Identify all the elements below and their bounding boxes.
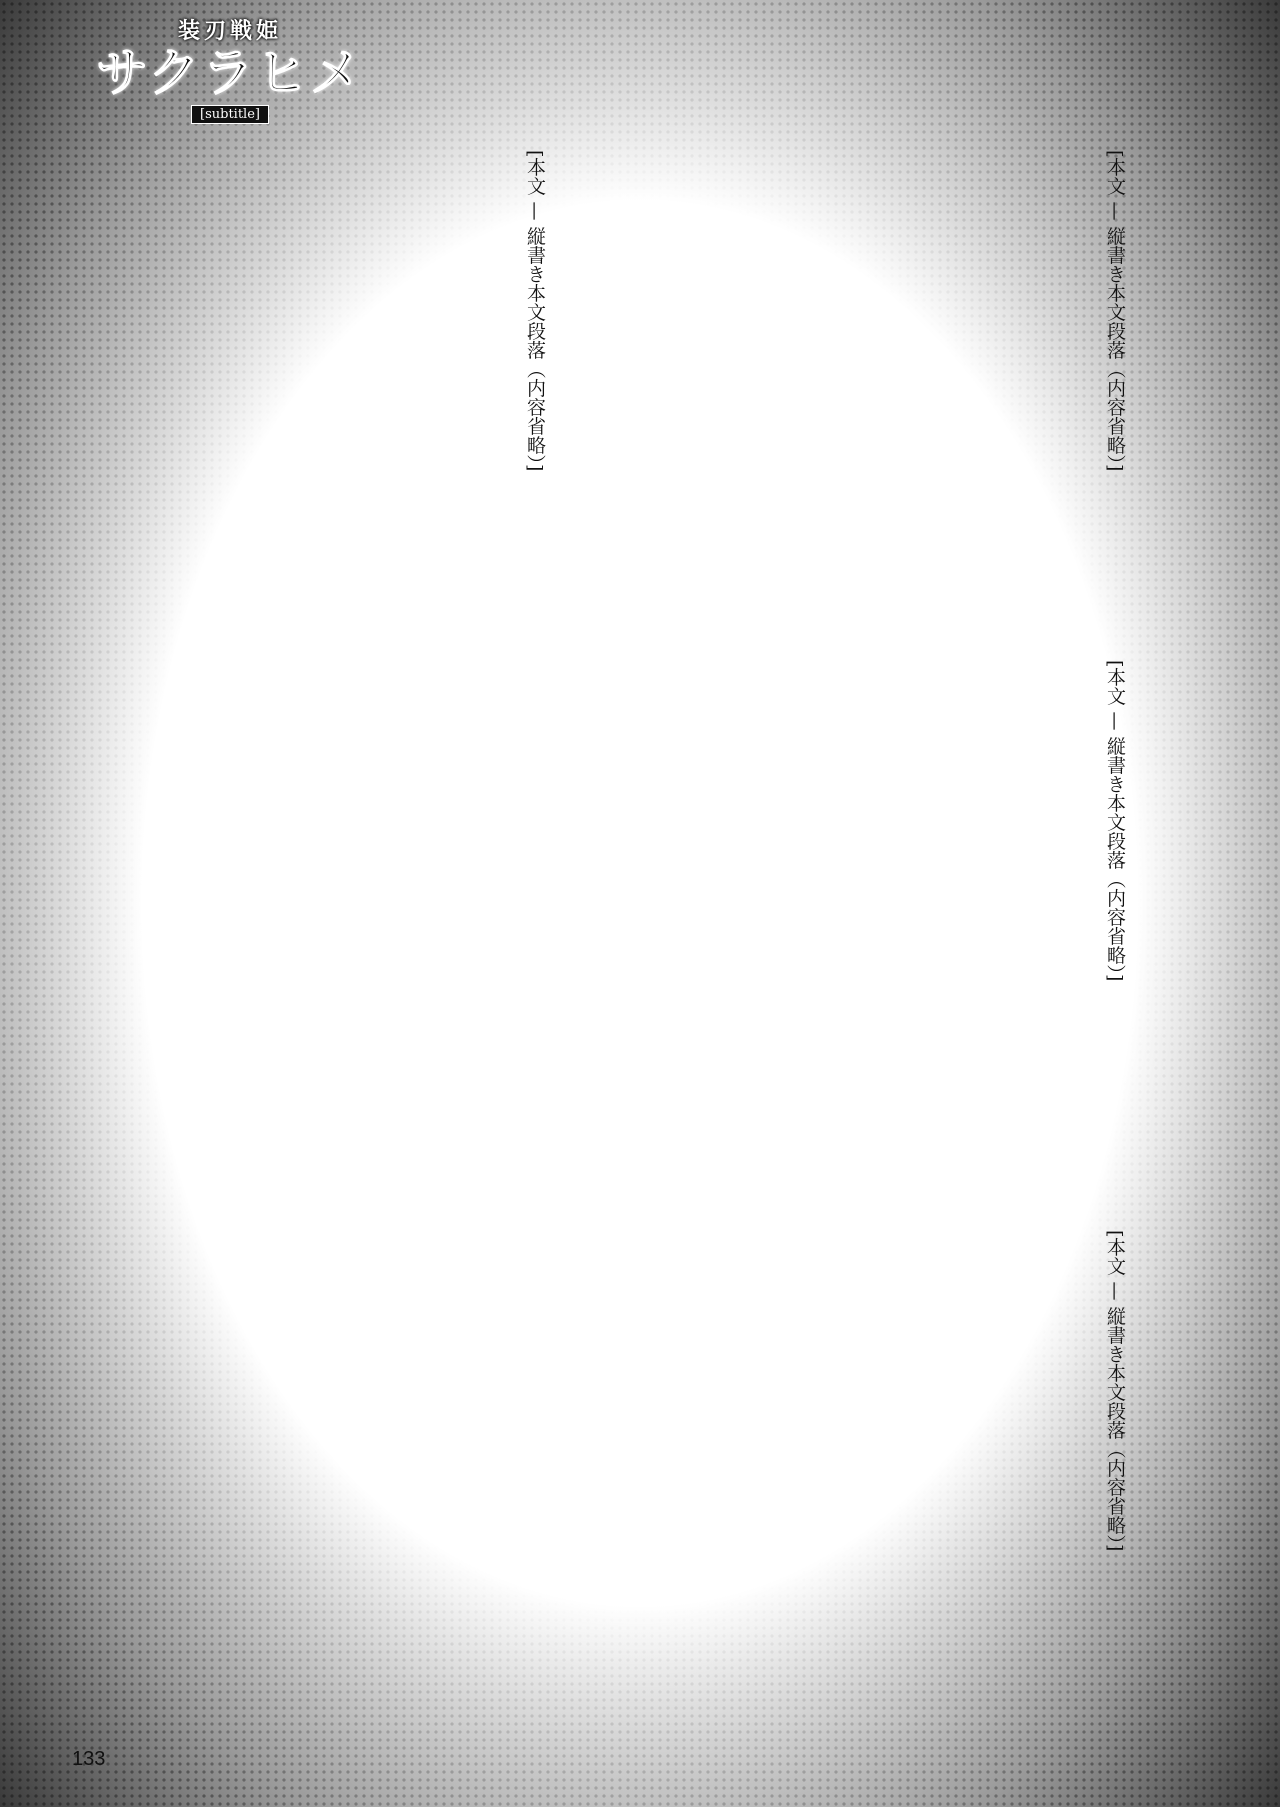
logo-small-title: 装刃戦姫 [80,14,380,45]
text-block-top-left: [本文 — 縦書き本文段落（内容省略）] [70,150,550,705]
text-block-bottom: [本文 — 縦書き本文段落（内容省略）] [70,1230,1130,1800]
logo-subtitle: [subtitle] [191,105,269,124]
series-logo: 装刃戦姫 サクラヒメ [subtitle] [80,14,380,129]
text-block-top-right: [本文 — 縦書き本文段落（内容省略）] [550,150,1130,705]
logo-main-title: サクラヒメ [80,45,380,103]
text-block-middle: [本文 — 縦書き本文段落（内容省略）] [70,660,1130,1230]
page-number: 133 [72,1748,105,1771]
